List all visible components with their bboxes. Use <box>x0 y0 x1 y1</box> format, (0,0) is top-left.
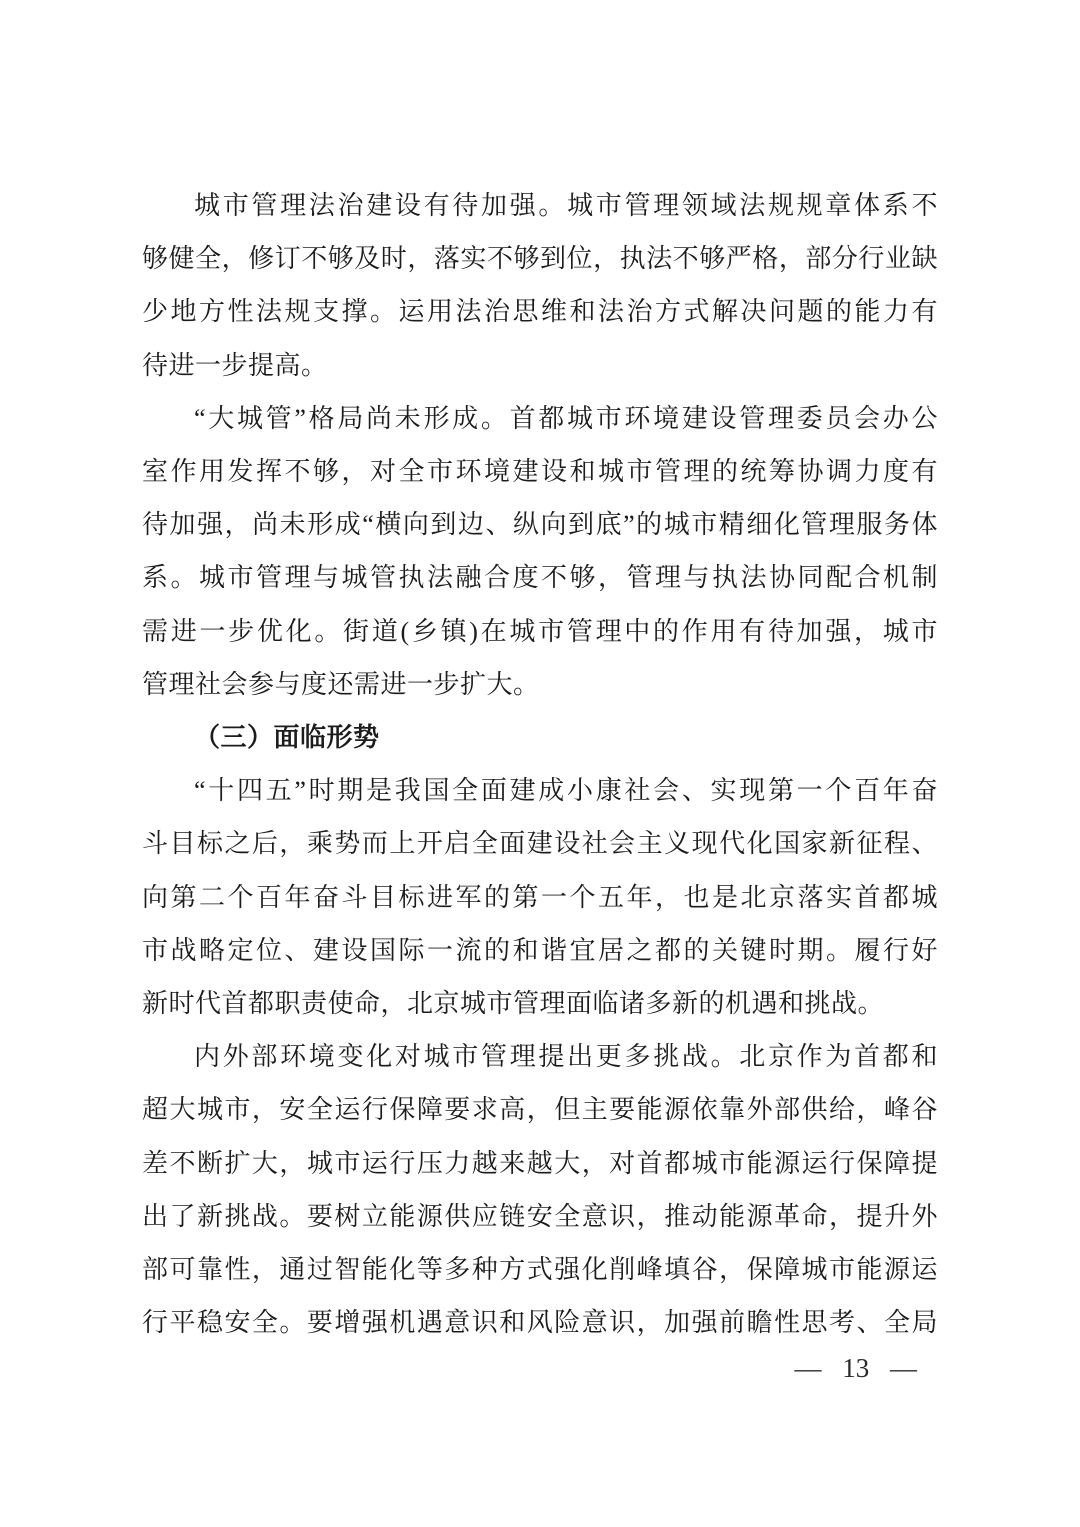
text-line: 超大城市，安全运行保障要求高，但主要能源依靠外部供给，峰谷 <box>142 1083 938 1136</box>
text-line: “大城管”格局尚未形成。首都城市环境建设管理委员会办公 <box>142 392 938 445</box>
text-line: 出了新挑战。要树立能源供应链安全意识，推动能源革命，提升外 <box>142 1190 938 1243</box>
text-line: 室作用发挥不够，对全市环境建设和城市管理的统筹协调力度有 <box>142 445 938 498</box>
document-body: 城市管理法治建设有待加强。城市管理领域法规规章体系不够健全，修订不够及时，落实不… <box>142 179 938 1349</box>
page-number: — 13 — <box>795 1348 918 1388</box>
text-line: 待进一步提高。 <box>142 339 938 392</box>
text-line: 向第二个百年奋斗目标进军的第一个五年，也是北京落实首都城 <box>142 871 938 924</box>
text-line: 管理社会参与度还需进一步扩大。 <box>142 658 938 711</box>
text-line: 行平稳安全。要增强机遇意识和风险意识，加强前瞻性思考、全局 <box>142 1296 938 1349</box>
text-line: 城市管理法治建设有待加强。城市管理领域法规规章体系不 <box>142 179 938 232</box>
text-line: 部可靠性，通过智能化等多种方式强化削峰填谷，保障城市能源运 <box>142 1243 938 1296</box>
text-line: 市战略定位、建设国际一流的和谐宜居之都的关键时期。履行好 <box>142 924 938 977</box>
text-line: 系。城市管理与城管执法融合度不够，管理与执法协同配合机制 <box>142 551 938 604</box>
text-line: 够健全，修订不够及时，落实不够到位，执法不够严格，部分行业缺 <box>142 232 938 285</box>
text-line: “十四五”时期是我国全面建成小康社会、实现第一个百年奋 <box>142 764 938 817</box>
text-line: 需进一步优化。街道(乡镇)在城市管理中的作用有待加强，城市 <box>142 605 938 658</box>
text-line: 少地方性法规支撑。运用法治思维和法治方式解决问题的能力有 <box>142 285 938 338</box>
text-line: 新时代首都职责使命，北京城市管理面临诸多新的机遇和挑战。 <box>142 977 938 1030</box>
section-heading: （三）面临形势 <box>142 711 938 764</box>
text-line: 差不断扩大，城市运行压力越来越大，对首都城市能源运行保障提 <box>142 1137 938 1190</box>
document-page: 城市管理法治建设有待加强。城市管理领域法规规章体系不够健全，修订不够及时，落实不… <box>0 0 1080 1527</box>
text-line: 内外部环境变化对城市管理提出更多挑战。北京作为首都和 <box>142 1030 938 1083</box>
text-line: 待加强，尚未形成“横向到边、纵向到底”的城市精细化管理服务体 <box>142 498 938 551</box>
text-line: 斗目标之后，乘势而上开启全面建设社会主义现代化国家新征程、 <box>142 817 938 870</box>
